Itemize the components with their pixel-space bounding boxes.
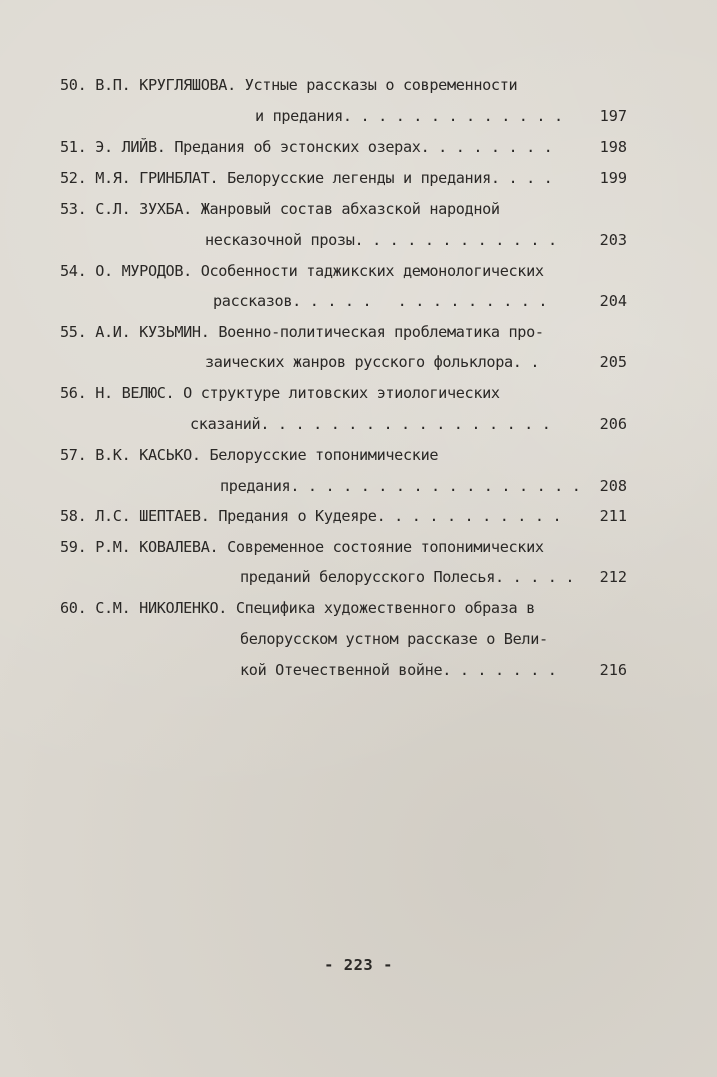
entry-title: Устные рассказы о современности	[245, 76, 518, 94]
entry-title: Белорусские легенды и предания. . . .	[227, 169, 552, 187]
entry-number: 52.	[60, 169, 86, 187]
entry-title: Военно-политическая проблематика про-	[218, 323, 543, 341]
toc-entry-54-page: 204	[600, 291, 627, 311]
entry-author: Э. ЛИЙВ.	[95, 138, 165, 156]
entry-title: Особенности таджикских демонологических	[201, 262, 544, 280]
entry-author: О. МУРОДОВ.	[95, 262, 192, 280]
toc-entry-56-line-1: 56. Н. ВЕЛЮС. О структуре литовских этио…	[60, 383, 500, 403]
entry-title: Современное состояние топонимических	[227, 538, 544, 556]
toc-entry-50-line-2: и предания. . . . . . . . . . . . .	[255, 106, 563, 126]
toc-entry-52-line-1: 52. М.Я. ГРИНБЛАТ. Белорусские легенды и…	[60, 168, 552, 188]
entry-number: 55.	[60, 323, 86, 341]
entry-number: 51.	[60, 138, 86, 156]
toc-entry-51-page: 198	[600, 137, 627, 157]
entry-title: Специфика художественного образа в	[236, 599, 535, 617]
toc-entry-57-line-2: предания. . . . . . . . . . . . . . . . …	[220, 476, 581, 496]
entry-number: 54.	[60, 262, 86, 280]
document-page: 50. В.П. КРУГЛЯШОВА. Устные рассказы о с…	[0, 0, 717, 1077]
entry-author: С.Л. ЗУХБА.	[95, 200, 192, 218]
entry-number: 57.	[60, 446, 86, 464]
toc-entry-58-page: 211	[600, 506, 627, 526]
toc-entry-57-page: 208	[600, 476, 627, 496]
toc-entry-56-line-2: сказаний. . . . . . . . . . . . . . . . …	[190, 414, 551, 434]
toc-entry-55-line-1: 55. А.И. КУЗЬМИН. Военно-политическая пр…	[60, 322, 544, 342]
toc-entry-51-line-1: 51. Э. ЛИЙВ. Предания об эстонских озера…	[60, 137, 552, 157]
entry-number: 53.	[60, 200, 86, 218]
toc-entry-53-line-1: 53. С.Л. ЗУХБА. Жанровый состав абхазско…	[60, 199, 500, 219]
entry-author: М.Я. ГРИНБЛАТ.	[95, 169, 218, 187]
entry-number: 56.	[60, 384, 86, 402]
toc-entry-56-page: 206	[600, 414, 627, 434]
toc-entry-55-page: 205	[600, 352, 627, 372]
toc-entry-59-line-1: 59. Р.М. КОВАЛЕВА. Современное состояние…	[60, 537, 544, 557]
toc-entry-58-line-1: 58. Л.С. ШЕПТАЕВ. Предания о Кудеяре. . …	[60, 506, 561, 526]
entry-author: В.П. КРУГЛЯШОВА.	[95, 76, 236, 94]
toc-entry-60-line-2: белорусском устном рассказе о Вели-	[240, 629, 548, 649]
entry-title: Предания о Кудеяре. . . . . . . . . . .	[218, 507, 561, 525]
entry-number: 50.	[60, 76, 86, 94]
entry-author: А.И. КУЗЬМИН.	[95, 323, 209, 341]
toc-entry-54-line-1: 54. О. МУРОДОВ. Особенности таджикских д…	[60, 261, 544, 281]
entry-number: 58.	[60, 507, 86, 525]
toc-entry-60-page: 216	[600, 660, 627, 680]
toc-entry-60-line-1: 60. С.М. НИКОЛЕНКО. Специфика художестве…	[60, 598, 535, 618]
toc-entry-54-line-2: рассказов. . . . . . . . . . . . . .	[213, 291, 547, 311]
entry-number: 60.	[60, 599, 86, 617]
entry-author: Н. ВЕЛЮС.	[95, 384, 174, 402]
toc-entry-57-line-1: 57. В.К. КАСЬКО. Белорусские топонимичес…	[60, 445, 438, 465]
toc-entry-53-page: 203	[600, 230, 627, 250]
toc-entry-53-line-2: несказочной прозы. . . . . . . . . . . .	[205, 230, 557, 250]
toc-entry-59-line-2: преданий белорусского Полесья. . . . .	[240, 567, 574, 587]
toc-entry-52-page: 199	[600, 168, 627, 188]
entry-title: Предания об эстонских озерах. . . . . . …	[174, 138, 552, 156]
entry-title: О структуре литовских этиологических	[183, 384, 500, 402]
toc-entry-50-page: 197	[600, 106, 627, 126]
entry-author: В.К. КАСЬКО.	[95, 446, 201, 464]
entry-author: Р.М. КОВАЛЕВА.	[95, 538, 218, 556]
toc-entry-60-line-3: кой Отечественной войне. . . . . . .	[240, 660, 557, 680]
page-number: - 223 -	[0, 956, 717, 974]
entry-number: 59.	[60, 538, 86, 556]
entry-title: Жанровый состав абхазской народной	[201, 200, 500, 218]
entry-author: С.М. НИКОЛЕНКО.	[95, 599, 227, 617]
toc-entry-59-page: 212	[600, 567, 627, 587]
entry-author: Л.С. ШЕПТАЕВ.	[95, 507, 209, 525]
toc-entry-50-line-1: 50. В.П. КРУГЛЯШОВА. Устные рассказы о с…	[60, 75, 517, 95]
entry-title: Белорусские топонимические	[210, 446, 439, 464]
toc-entry-55-line-2: заических жанров русского фольклора. .	[205, 352, 539, 372]
